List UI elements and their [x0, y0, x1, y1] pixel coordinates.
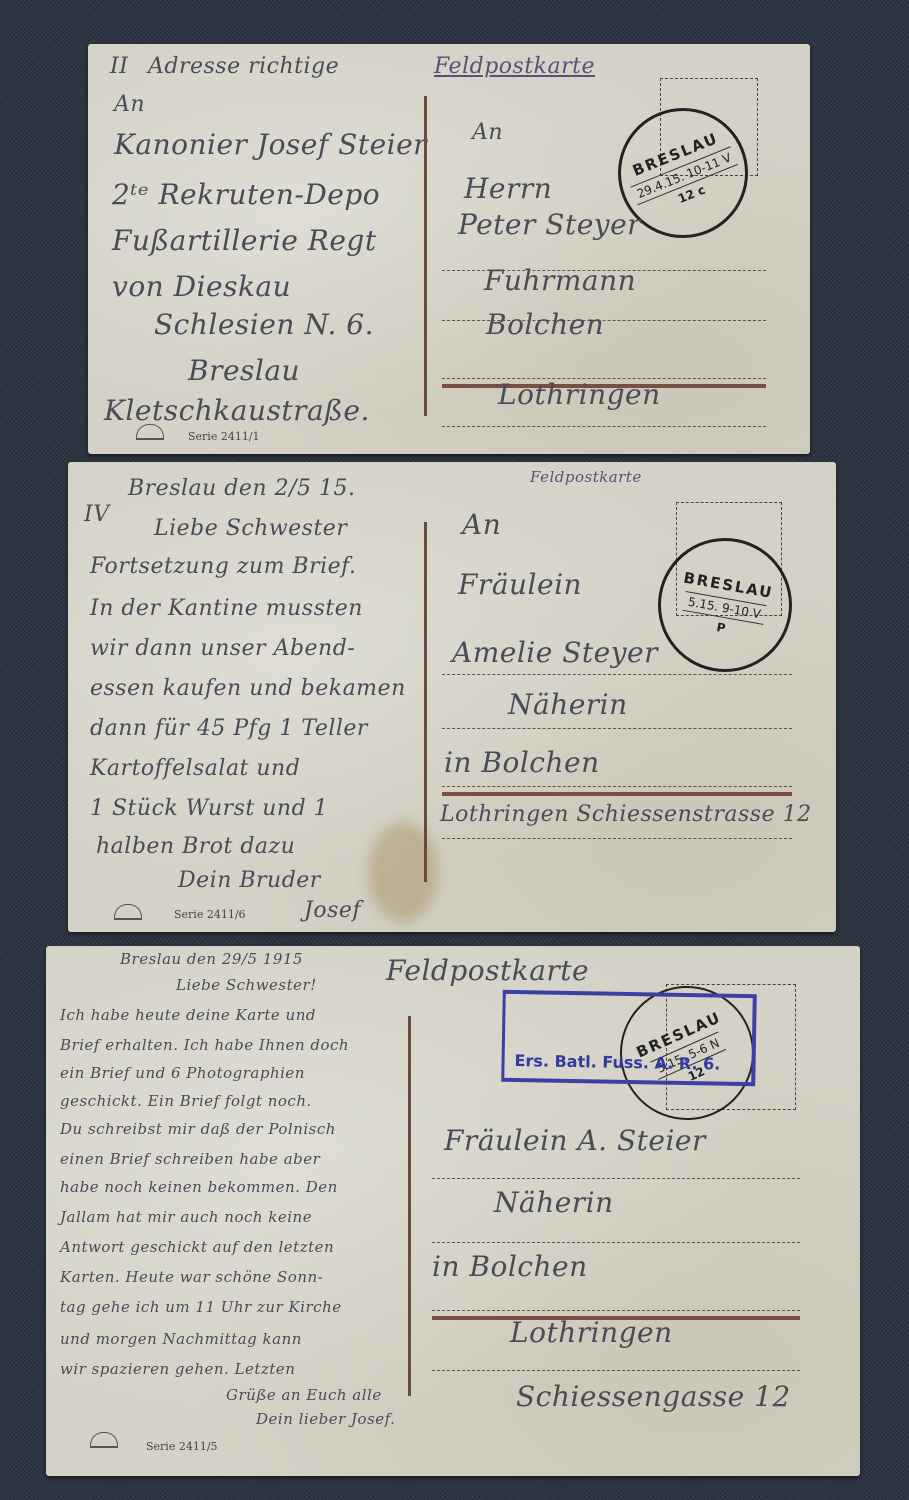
- address-line: Lothringen: [510, 1316, 673, 1349]
- header-note: Adresse richtige: [148, 54, 339, 79]
- series-label: Serie 2411/5: [146, 1440, 218, 1453]
- card-annotation: II: [110, 54, 128, 79]
- address-line: in Bolchen: [432, 1250, 588, 1283]
- series-label: Serie 2411/6: [174, 908, 246, 921]
- address-rule: [442, 838, 792, 839]
- address-rule-bold: [442, 792, 792, 796]
- sender-line: Fußartillerie Regt: [112, 224, 377, 257]
- letter-line: Breslau den 2/5 15.: [128, 476, 355, 501]
- sunrise-logo-icon: [90, 1432, 118, 1448]
- address-rule: [432, 1370, 800, 1371]
- letter-line: habe noch keinen bekommen. Den: [60, 1178, 338, 1196]
- address-line: Lothringen Schiessenstrasse 12: [440, 802, 812, 827]
- letter-line: ein Brief und 6 Photographien: [60, 1064, 305, 1082]
- letter-line: Dein lieber Josef.: [256, 1410, 395, 1428]
- letter-line: halben Brot dazu: [96, 834, 295, 859]
- letter-line: Jallam hat mir auch noch keine: [60, 1208, 312, 1226]
- address-rule: [442, 786, 792, 787]
- address-line: Amelie Steyer: [452, 636, 658, 669]
- letter-line: Kartoffelsalat und: [90, 756, 300, 781]
- letter-line: essen kaufen und bekamen: [90, 676, 406, 701]
- water-stain: [368, 822, 438, 922]
- postcard-middle: IV Breslau den 2/5 15. Liebe Schwester F…: [68, 462, 836, 932]
- letter-line: Grüße an Euch alle: [226, 1386, 382, 1404]
- address-rule: [442, 674, 792, 675]
- address-rule: [442, 728, 792, 729]
- sender-line: Kletschkaustraße.: [104, 394, 370, 427]
- sender-line: Breslau: [188, 354, 300, 387]
- letter-line: Du schreibst mir daß der Polnisch: [60, 1120, 336, 1138]
- address-rule: [432, 1242, 800, 1243]
- card-heading: Feldpostkarte: [434, 54, 595, 79]
- letter-line: Liebe Schwester!: [176, 976, 317, 994]
- card-divider: [408, 1016, 411, 1396]
- address-line: Näherin: [494, 1186, 614, 1219]
- unit-stamp-text: Ers. Batl. Fuss. A. R. 6.: [514, 1051, 720, 1074]
- letter-line: einen Brief schreiben habe aber: [60, 1150, 320, 1168]
- letter-line: Brief erhalten. Ich habe Ihnen doch: [60, 1036, 349, 1054]
- card-divider: [424, 522, 427, 882]
- address-line: Schiessengasse 12: [516, 1380, 791, 1413]
- address-rule: [442, 426, 766, 427]
- postcard-bottom: Breslau den 29/5 1915 Liebe Schwester! I…: [46, 946, 860, 1476]
- letter-line: Dein Bruder: [178, 868, 321, 893]
- letter-line: dann für 45 Pfg 1 Teller: [90, 716, 368, 741]
- address-line: An: [462, 508, 501, 541]
- card-divider: [424, 96, 427, 416]
- letter-line: wir spazieren gehen. Letzten: [60, 1360, 295, 1378]
- sender-line: Kanonier Josef Steier: [114, 128, 427, 161]
- address-line: Bolchen: [486, 308, 604, 341]
- address-line: Fräulein: [458, 568, 582, 601]
- letter-line: 1 Stück Wurst und 1: [90, 796, 328, 821]
- card-heading: Feldpostkarte: [386, 954, 589, 987]
- address-line: Peter Steyer: [458, 208, 641, 241]
- address-line: Fuhrmann: [484, 264, 636, 297]
- address-line: Lothringen: [498, 378, 661, 411]
- letter-line: Breslau den 29/5 1915: [120, 950, 303, 968]
- postmark-sub: P: [716, 619, 727, 634]
- letter-line: Antwort geschickt auf den letzten: [60, 1238, 334, 1256]
- letter-line: Josef: [304, 898, 361, 923]
- letter-line: In der Kantine mussten: [90, 596, 363, 621]
- sender-line: 2ᵗᵉ Rekruten-Depo: [112, 178, 380, 211]
- series-label: Serie 2411/1: [188, 430, 260, 443]
- letter-line: tag gehe ich um 11 Uhr zur Kirche: [60, 1298, 342, 1316]
- sender-line: Schlesien N. 6.: [154, 308, 374, 341]
- letter-line: Liebe Schwester: [154, 516, 347, 541]
- letter-line: Fortsetzung zum Brief.: [90, 554, 357, 579]
- sunrise-logo-icon: [114, 904, 142, 920]
- address-line: Näherin: [508, 688, 628, 721]
- address-line: in Bolchen: [444, 746, 600, 779]
- letter-line: geschickt. Ein Brief folgt noch.: [60, 1092, 312, 1110]
- letter-line: Karten. Heute war schöne Sonn-: [60, 1268, 323, 1286]
- unit-stamp: Ers. Batl. Fuss. A. R. 6.: [501, 990, 757, 1086]
- letter-line: Ich habe heute deine Karte und: [60, 1006, 316, 1024]
- sender-line: von Dieskau: [112, 270, 291, 303]
- card-annotation: IV: [84, 502, 110, 527]
- address-rule: [432, 1178, 800, 1179]
- card-heading: Feldpostkarte: [530, 468, 642, 486]
- sender-line: An: [114, 92, 145, 117]
- letter-line: wir dann unser Abend-: [90, 636, 355, 661]
- address-line: Fräulein A. Steier: [444, 1124, 706, 1157]
- address-line: An: [472, 120, 503, 145]
- letter-line: und morgen Nachmittag kann: [60, 1330, 302, 1348]
- postcard-top: II Adresse richtige An Kanonier Josef St…: [88, 44, 810, 454]
- address-line: Herrn: [464, 172, 552, 205]
- address-rule: [432, 1310, 800, 1311]
